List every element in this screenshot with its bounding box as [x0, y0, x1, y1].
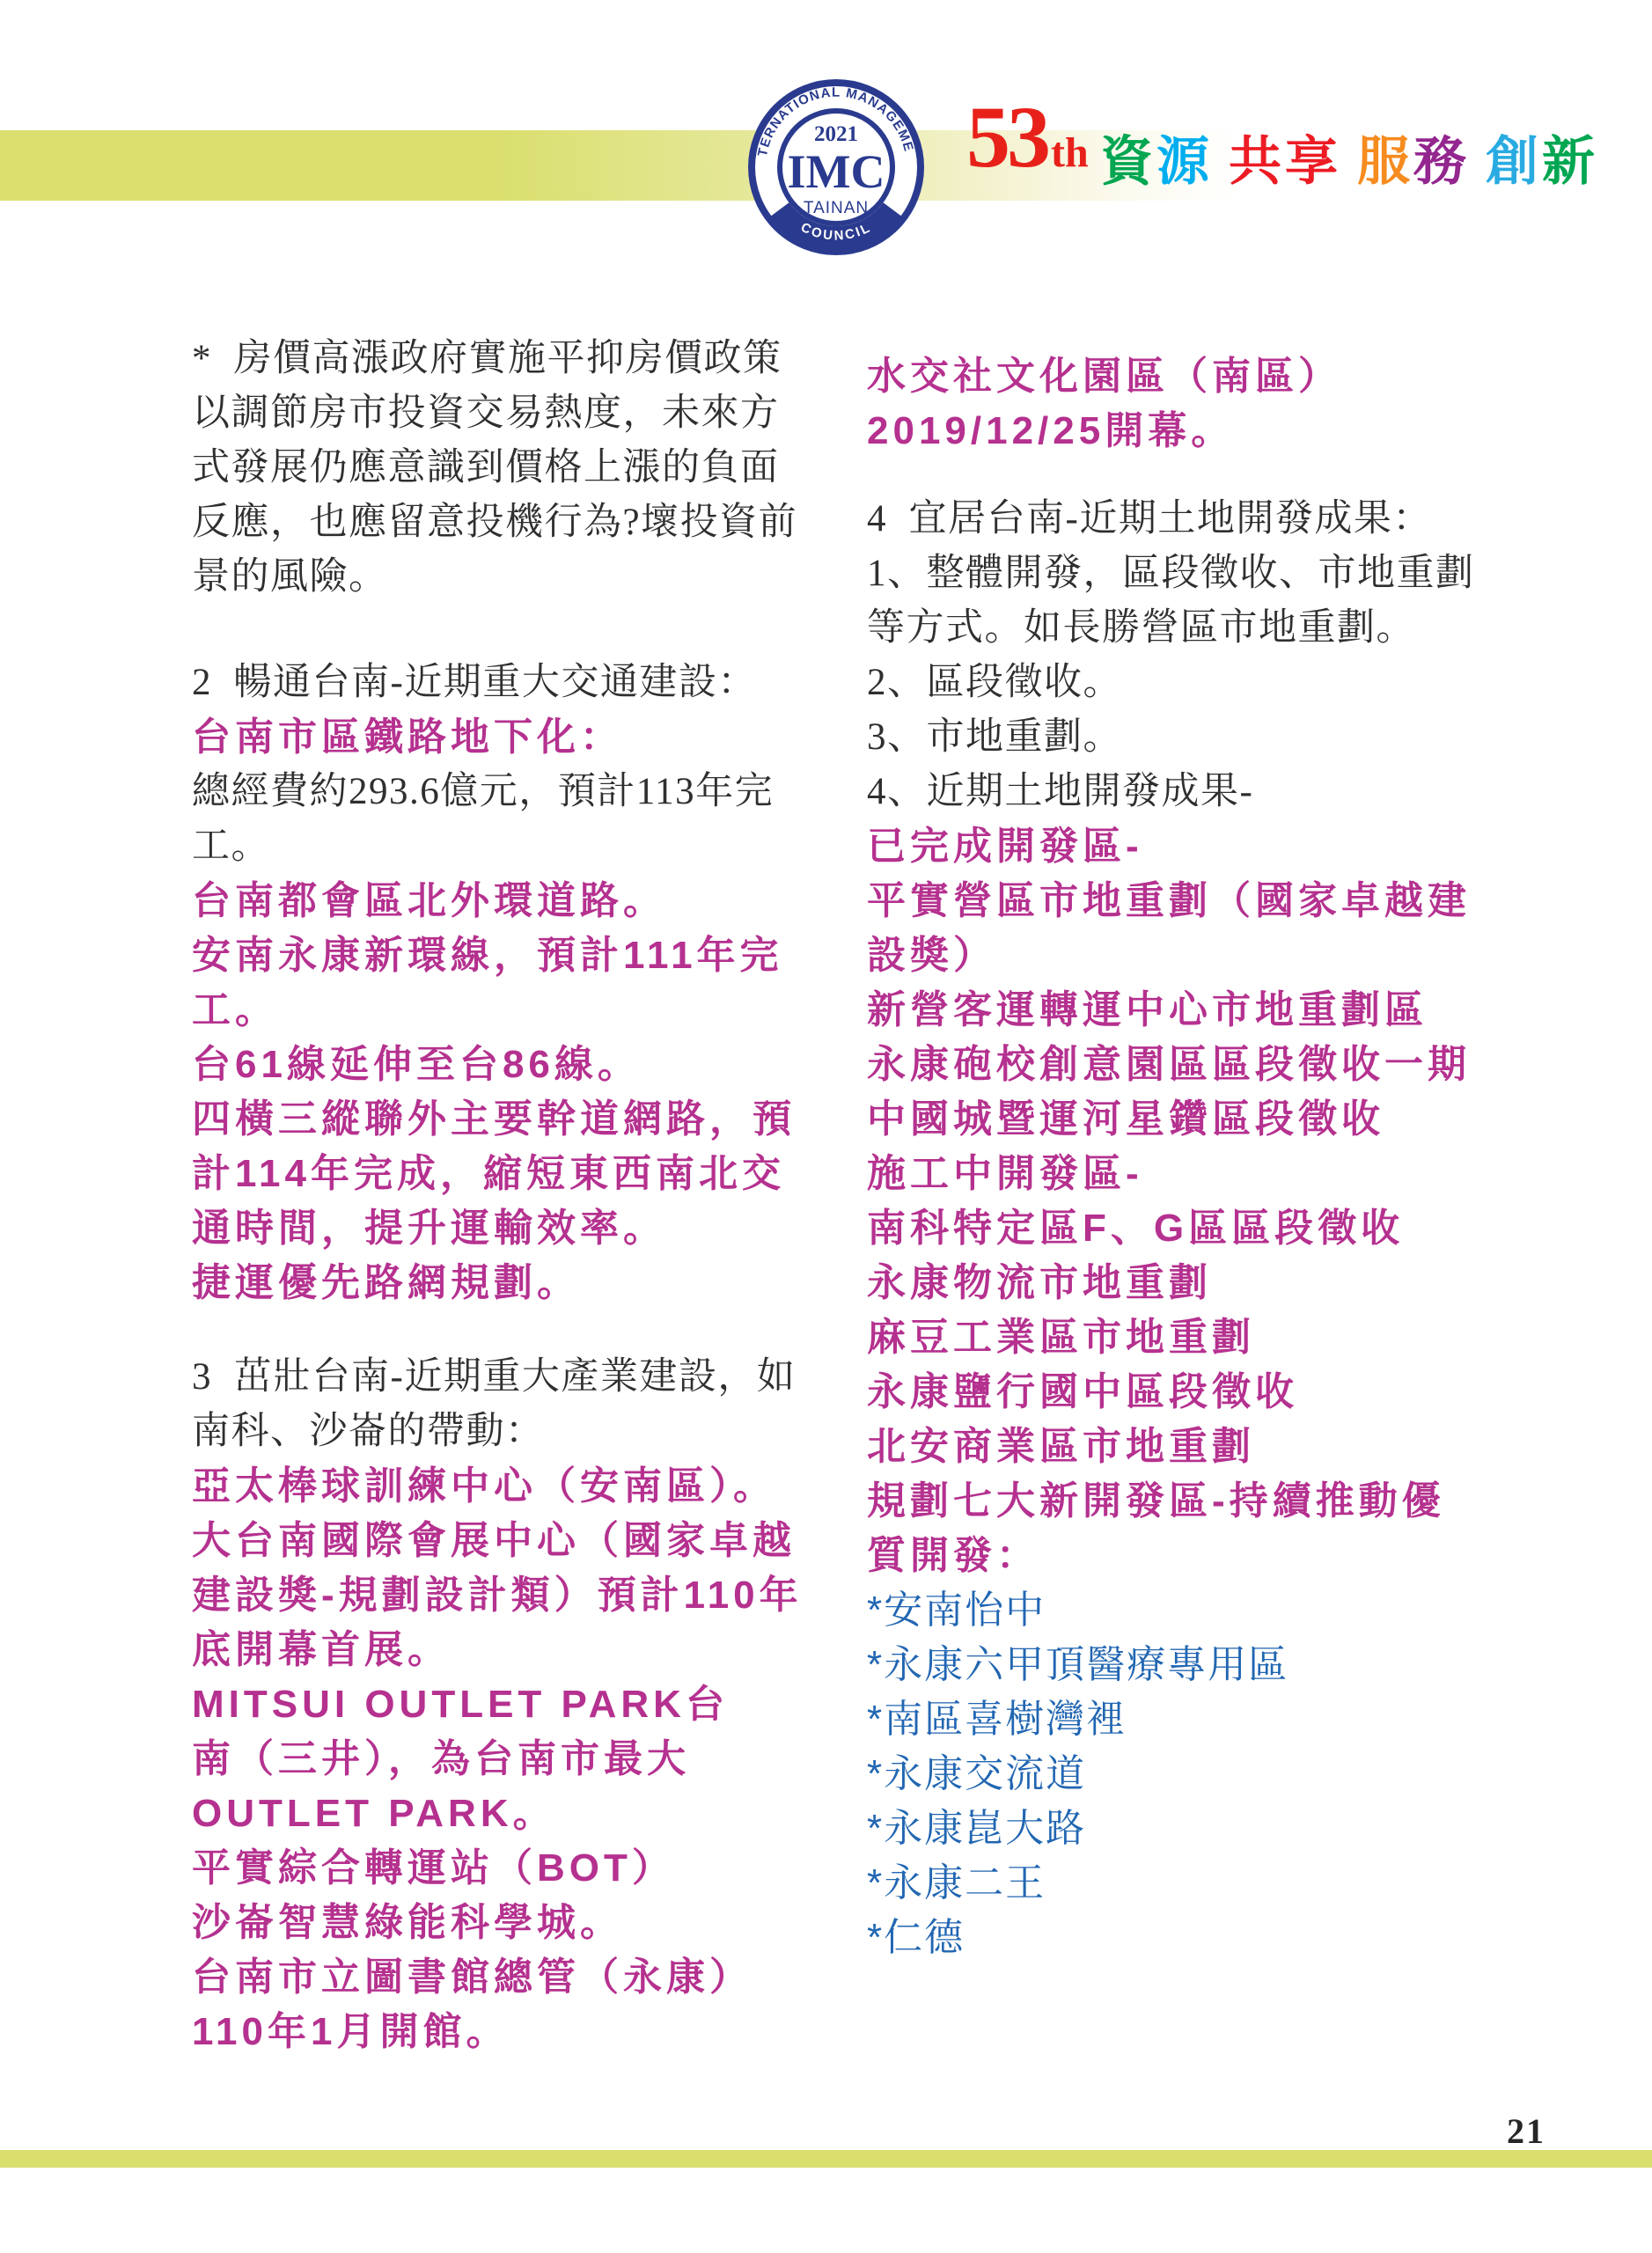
right-column: 水交社文化園區（南區）2019/12/25開幕。4 宜居台南-近期土地開發成果：…	[867, 345, 1518, 1961]
bullet-line: *永康六甲頂醫療專用區	[867, 1633, 1518, 1688]
text-line: 總經費約293.6億元，預計113年完	[192, 760, 843, 815]
highlight-line: 設獎）	[867, 924, 1518, 979]
highlight-line: 南（三井），為台南市最大	[192, 1728, 843, 1782]
text-line: * 房價高漲政府實施平抑房價政策	[192, 327, 843, 382]
text-line: 式發展仍應意識到價格上漲的負面	[192, 437, 843, 491]
slogan-char: 服	[1357, 134, 1410, 189]
bullet-line: *永康交流道	[867, 1743, 1518, 1797]
highlight-line: 麻豆工業區市地重劃	[867, 1306, 1518, 1361]
page-number: 21	[1507, 2110, 1546, 2152]
slogan-char: 資	[1100, 134, 1153, 189]
text-line: 3 茁壯台南-近期重大產業建設，如	[192, 1346, 843, 1400]
text-line: 南科、沙崙的帶動：	[192, 1400, 843, 1455]
highlight-line: 工。	[192, 979, 843, 1033]
highlight-line: 平實綜合轉運站（BOT）	[192, 1837, 843, 1891]
text-line: 3、市地重劃。	[867, 706, 1518, 760]
highlight-line: MITSUI OUTLET PARK台	[192, 1673, 843, 1728]
highlight-line: 水交社文化園區（南區）	[867, 345, 1518, 400]
text-line: 以調節房市投資交易熱度，未來方	[192, 382, 843, 437]
highlight-line: 110年1月開館。	[192, 2000, 843, 2055]
highlight-line: 亞太棒球訓練中心（安南區）。	[192, 1455, 843, 1509]
highlight-line: 施工中開發區-	[867, 1142, 1518, 1197]
text-line: 4、近期土地開發成果-	[867, 760, 1518, 815]
highlight-line: 中國城暨運河星鑽區段徵收	[867, 1088, 1518, 1142]
highlight-line: 永康砲校創意園區區段徵收一期	[867, 1033, 1518, 1088]
text-line: 4 宜居台南-近期土地開發成果：	[867, 488, 1518, 542]
edition-suffix: th	[1051, 132, 1089, 174]
bullet-line: *仁德	[867, 1906, 1518, 1961]
spacer	[192, 600, 843, 651]
text-line: 景的風險。	[192, 546, 843, 600]
highlight-line: 南科特定區F、G區區段徵收	[867, 1197, 1518, 1251]
bullet-line: *南區喜樹灣裡	[867, 1688, 1518, 1743]
logo-city: TAINAN	[804, 199, 869, 217]
highlight-line: 平實營區市地重劃（國家卓越建	[867, 870, 1518, 924]
highlight-line: 台南都會區北外環道路。	[192, 870, 843, 924]
highlight-line: 安南永康新環線，預計111年完	[192, 924, 843, 979]
highlight-line: 台南市區鐵路地下化：	[192, 706, 843, 760]
highlight-line: 規劃七大新開發區-持續推動優	[867, 1470, 1518, 1524]
highlight-line: 永康物流市地重劃	[867, 1251, 1518, 1306]
slogan-char: 務	[1413, 134, 1466, 189]
text-line: 2、區段徵收。	[867, 651, 1518, 706]
text-line: 等方式。如長勝營區市地重劃。	[867, 597, 1518, 651]
magazine-page: INTERNATIONAL MANAGEMENT COUNCIL 2021 IM…	[0, 0, 1652, 2253]
highlight-line: 新營客運轉運中心市地重劃區	[867, 979, 1518, 1033]
text-line: 2 暢通台南-近期重大交通建設：	[192, 651, 843, 706]
text-line: 工。	[192, 815, 843, 870]
logo-year: 2021	[814, 122, 858, 146]
imc-logo: INTERNATIONAL MANAGEMENT COUNCIL 2021 IM…	[745, 76, 927, 259]
highlight-line: 捷運優先路網規劃。	[192, 1251, 843, 1306]
highlight-line: 2019/12/25開幕。	[867, 400, 1518, 454]
slogan-char: 新	[1542, 134, 1595, 189]
slogan-char: 享	[1285, 134, 1338, 189]
highlight-line: 大台南國際會展中心（國家卓越	[192, 1509, 843, 1564]
spacer	[192, 1306, 843, 1346]
bullet-line: *永康崑大路	[867, 1797, 1518, 1852]
header-slogan: 資源共享服務創新	[1100, 134, 1595, 189]
highlight-line: 沙崙智慧綠能科學城。	[192, 1891, 843, 1946]
highlight-line: 計114年完成，縮短東西南北交	[192, 1142, 843, 1197]
edition-number: 53	[966, 93, 1047, 181]
highlight-line: 台南市立圖書館總管（永康）	[192, 1946, 843, 2000]
slogan-char: 共	[1229, 134, 1281, 189]
highlight-line: 建設獎-規劃設計類）預計110年	[192, 1564, 843, 1618]
highlight-line: 已完成開發區-	[867, 815, 1518, 870]
slogan-char: 源	[1156, 134, 1209, 189]
text-line: 1、整體開發，區段徵收、市地重劃	[867, 542, 1518, 597]
left-column: * 房價高漲政府實施平抑房價政策以調節房市投資交易熱度，未來方式發展仍應意識到價…	[192, 327, 843, 2055]
highlight-line: 台61線延伸至台86線。	[192, 1033, 843, 1088]
bullet-line: *安南怡中	[867, 1579, 1518, 1633]
highlight-line: 底開幕首展。	[192, 1618, 843, 1673]
text-line: 反應，也應留意投機行為?壞投資前	[192, 491, 843, 546]
highlight-line: 北安商業區市地重劃	[867, 1415, 1518, 1470]
spacer	[867, 454, 1518, 488]
logo-acronym: IMC	[788, 145, 885, 198]
edition-53th: 53 th	[966, 93, 1089, 181]
highlight-line: OUTLET PARK。	[192, 1782, 843, 1837]
bullet-line: *永康二王	[867, 1852, 1518, 1906]
highlight-line: 永康鹽行國中區段徵收	[867, 1361, 1518, 1415]
bottom-band	[0, 2150, 1652, 2168]
highlight-line: 通時間，提升運輸效率。	[192, 1197, 843, 1251]
highlight-line: 質開發：	[867, 1524, 1518, 1579]
highlight-line: 四橫三縱聯外主要幹道網路，預	[192, 1088, 843, 1142]
slogan-char: 創	[1486, 134, 1538, 189]
